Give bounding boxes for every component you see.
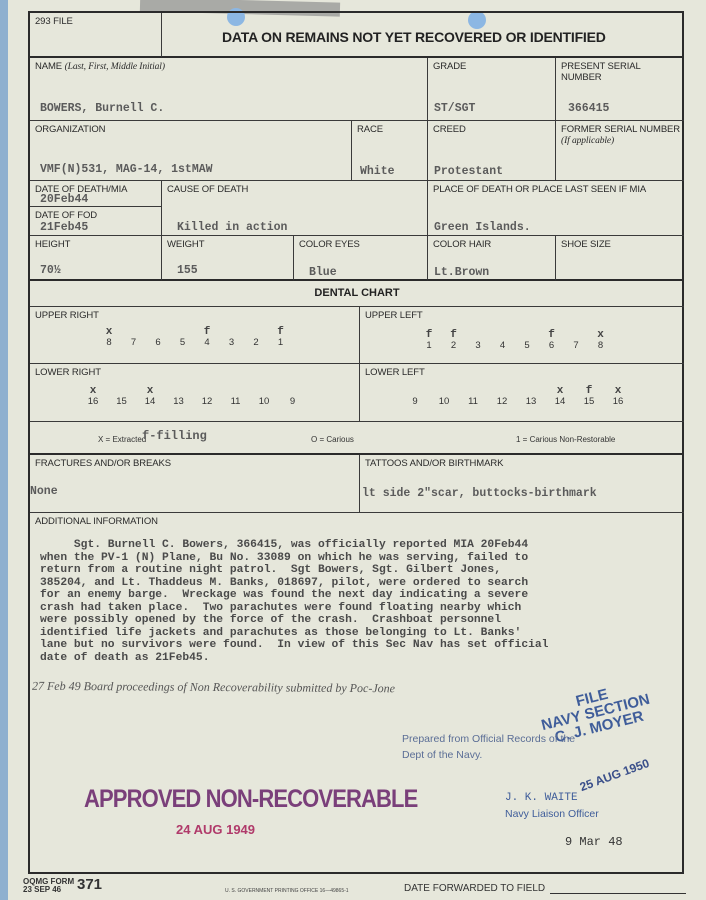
upper-right-cell: UPPER RIGHT 8x7654f321f bbox=[30, 307, 360, 364]
organization-label: ORGANIZATION bbox=[35, 124, 105, 135]
creed-value: Protestant bbox=[434, 165, 503, 178]
tooth: 9 bbox=[286, 396, 300, 407]
tattoos-cell: TATTOOS AND/OR BIRTHMARK lt side 2"scar,… bbox=[360, 455, 684, 513]
tooth: 7 bbox=[569, 340, 583, 351]
date-forwarded-line bbox=[550, 893, 686, 894]
weight-cell: WEIGHT 155 bbox=[162, 236, 294, 281]
organization-value: VMF(N)531, MAG-14, 1stMAW bbox=[40, 163, 213, 176]
tooth: 1f bbox=[274, 337, 288, 348]
tooth: 9 bbox=[408, 396, 422, 407]
color-eyes-cell: COLOR EYES Blue bbox=[294, 236, 428, 281]
tooth: 12 bbox=[200, 396, 214, 407]
place-of-death-value: Green Islands. bbox=[434, 221, 531, 234]
race-value: White bbox=[360, 165, 395, 178]
date-of-fod-cell: DATE OF FOD 21Feb45 bbox=[30, 207, 162, 236]
tooth: 2 bbox=[249, 337, 263, 348]
cause-of-death-label: CAUSE OF DEATH bbox=[167, 184, 248, 195]
tooth: 12 bbox=[495, 396, 509, 407]
date-of-death-cell: DATE OF DEATH/MIA 20Feb44 bbox=[30, 181, 162, 207]
title-cell: DATA ON REMAINS NOT YET RECOVERED OR IDE… bbox=[162, 13, 684, 58]
date-forwarded-label: DATE FORWARDED TO FIELD bbox=[404, 883, 545, 894]
tooth: 11 bbox=[466, 396, 480, 407]
approved-date-stamp: 24 AUG 1949 bbox=[176, 822, 255, 837]
lower-right-cell: LOWER RIGHT 16x1514x131211109 bbox=[30, 364, 360, 422]
remains-form: 293 FILE DATA ON REMAINS NOT YET RECOVER… bbox=[28, 11, 684, 874]
name-hint: (Last, First, Middle Initial) bbox=[65, 62, 165, 72]
lower-left-cell: LOWER LEFT 91011121314x15f16x bbox=[360, 364, 684, 422]
weight-label: WEIGHT bbox=[167, 239, 204, 250]
legend-filling: f-filling bbox=[142, 429, 207, 443]
legend-extracted: X = Extracted bbox=[98, 435, 146, 444]
tooth: 4 bbox=[496, 340, 510, 351]
present-serial-cell: PRESENT SERIAL NUMBER 366415 bbox=[556, 58, 684, 121]
fractures-value: None bbox=[30, 485, 58, 498]
name-cell: NAME (Last, First, Middle Initial) BOWER… bbox=[30, 58, 428, 121]
tooth-mark: f bbox=[545, 329, 559, 341]
form-title: DATA ON REMAINS NOT YET RECOVERED OR IDE… bbox=[222, 29, 606, 45]
grade-value: ST/SGT bbox=[434, 102, 475, 115]
lower-right-label: LOWER RIGHT bbox=[35, 367, 101, 378]
tooth-mark: x bbox=[143, 385, 157, 397]
file-cell: 293 FILE bbox=[30, 13, 162, 58]
present-serial-label: PRESENT SERIAL NUMBER bbox=[561, 61, 651, 83]
tooth: 10 bbox=[437, 396, 451, 407]
tattoos-value: lt side 2"scar, buttocks-birthmark bbox=[362, 487, 597, 500]
dental-chart-title: DENTAL CHART bbox=[30, 287, 684, 299]
organization-cell: ORGANIZATION VMF(N)531, MAG-14, 1stMAW bbox=[30, 121, 352, 181]
tooth: 8x bbox=[102, 337, 116, 348]
present-serial-value: 366415 bbox=[568, 102, 609, 115]
legend-carious: O = Carious bbox=[311, 435, 354, 444]
prepared-line-1: Prepared from Official Records of the bbox=[402, 731, 575, 747]
legend-non-restorable: 1 = Carious Non-Restorable bbox=[516, 435, 615, 444]
tooth: 5 bbox=[520, 340, 534, 351]
name-value: BOWERS, Burnell C. bbox=[40, 102, 164, 115]
tooth-mark: f bbox=[447, 329, 461, 341]
tooth: 5 bbox=[176, 337, 190, 348]
cause-of-death-cell: CAUSE OF DEATH Killed in action bbox=[162, 181, 428, 236]
name-label: NAME bbox=[35, 61, 62, 72]
grade-cell: GRADE ST/SGT bbox=[428, 58, 556, 121]
signer-block: J. K. WAITE Navy Liaison Officer bbox=[505, 790, 599, 822]
tooth-mark: f bbox=[274, 326, 288, 338]
tooth-mark: x bbox=[553, 385, 567, 397]
color-hair-cell: COLOR HAIR Lt.Brown bbox=[428, 236, 556, 281]
tooth-mark: x bbox=[102, 326, 116, 338]
upper-left-label: UPPER LEFT bbox=[365, 310, 423, 321]
date-of-fod-label: DATE OF FOD bbox=[35, 210, 97, 221]
cause-of-death-value: Killed in action bbox=[177, 221, 287, 234]
tooth-mark: x bbox=[86, 385, 100, 397]
color-hair-value: Lt.Brown bbox=[434, 266, 489, 279]
tooth: 13 bbox=[172, 396, 186, 407]
tooth: 4f bbox=[200, 337, 214, 348]
color-eyes-label: COLOR EYES bbox=[299, 239, 360, 250]
tooth-mark: x bbox=[611, 385, 625, 397]
handwritten-note: 27 Feb 49 Board proceedings of Non Recov… bbox=[32, 679, 395, 697]
prepared-stamp: Prepared from Official Records of the De… bbox=[402, 731, 575, 763]
tooth: 14x bbox=[553, 396, 567, 407]
upper-right-label: UPPER RIGHT bbox=[35, 310, 99, 321]
tooth: 6f bbox=[545, 340, 559, 351]
fractures-label: FRACTURES AND/OR BREAKS bbox=[35, 458, 171, 469]
tooth-mark: f bbox=[422, 329, 436, 341]
tooth: 3 bbox=[225, 337, 239, 348]
shoe-size-cell: SHOE SIZE bbox=[556, 236, 684, 281]
dental-legend: X = Extracted f-filling O = Carious 1 = … bbox=[30, 422, 684, 455]
height-cell: HEIGHT 70½ bbox=[30, 236, 162, 281]
race-label: RACE bbox=[357, 124, 383, 135]
creed-label: CREED bbox=[433, 124, 466, 135]
dental-chart-header: DENTAL CHART bbox=[30, 281, 684, 307]
tooth: 10 bbox=[257, 396, 271, 407]
race-cell: RACE White bbox=[352, 121, 428, 181]
fractures-cell: FRACTURES AND/OR BREAKS None bbox=[30, 455, 360, 513]
tooth: 1f bbox=[422, 340, 436, 351]
signer-name: J. K. WAITE bbox=[505, 790, 599, 806]
typed-date: 9 Mar 48 bbox=[565, 835, 623, 849]
signer-title: Navy Liaison Officer bbox=[505, 806, 599, 822]
weight-value: 155 bbox=[177, 264, 198, 277]
height-value: 70½ bbox=[40, 264, 61, 277]
tooth: 7 bbox=[127, 337, 141, 348]
place-of-death-label: PLACE OF DEATH OR PLACE LAST SEEN IF MIA bbox=[433, 184, 646, 195]
former-serial-cell: FORMER SERIAL NUMBER (If applicable) bbox=[556, 121, 684, 181]
tooth-mark: x bbox=[594, 329, 608, 341]
form-id-line-2: 23 SEP 46 bbox=[23, 886, 74, 894]
tooth: 2f bbox=[447, 340, 461, 351]
tattoos-label: TATTOOS AND/OR BIRTHMARK bbox=[365, 458, 503, 469]
date-of-death-value: 20Feb44 bbox=[40, 193, 88, 206]
printer-line: U. S. GOVERNMENT PRINTING OFFICE 16—4986… bbox=[225, 888, 349, 894]
tooth: 15f bbox=[582, 396, 596, 407]
color-hair-label: COLOR HAIR bbox=[433, 239, 491, 250]
additional-info-text: Sgt. Burnell C. Bowers, 366415, was offi… bbox=[40, 539, 700, 664]
tooth: 16x bbox=[611, 396, 625, 407]
form-number: 371 bbox=[77, 876, 102, 893]
date-of-fod-value: 21Feb45 bbox=[40, 221, 88, 234]
upper-left-cell: UPPER LEFT 1f2f3456f78x bbox=[360, 307, 684, 364]
tooth: 11 bbox=[229, 396, 243, 407]
tooth: 14x bbox=[143, 396, 157, 407]
tooth: 3 bbox=[471, 340, 485, 351]
approved-stamp: APPROVED NON-RECOVERABLE bbox=[84, 785, 417, 814]
shoe-size-label: SHOE SIZE bbox=[561, 239, 611, 250]
creed-cell: CREED Protestant bbox=[428, 121, 556, 181]
height-label: HEIGHT bbox=[35, 239, 70, 250]
grade-label: GRADE bbox=[433, 61, 466, 72]
additional-info-label: ADDITIONAL INFORMATION bbox=[35, 516, 158, 527]
tooth: 13 bbox=[524, 396, 538, 407]
place-of-death-cell: PLACE OF DEATH OR PLACE LAST SEEN IF MIA… bbox=[428, 181, 684, 236]
former-serial-label: FORMER SERIAL NUMBER bbox=[561, 124, 680, 135]
color-eyes-value: Blue bbox=[309, 266, 337, 279]
form-id: OQMG FORM 23 SEP 46 bbox=[23, 878, 74, 894]
tooth: 16x bbox=[86, 396, 100, 407]
file-label: 293 FILE bbox=[35, 16, 73, 27]
tooth-mark: f bbox=[200, 326, 214, 338]
tooth: 8x bbox=[594, 340, 608, 351]
former-serial-hint: (If applicable) bbox=[561, 136, 614, 146]
prepared-line-2: Dept of the Navy. bbox=[402, 747, 575, 763]
tooth-mark: f bbox=[582, 385, 596, 397]
lower-left-label: LOWER LEFT bbox=[365, 367, 425, 378]
tooth: 6 bbox=[151, 337, 165, 348]
tooth: 15 bbox=[115, 396, 129, 407]
